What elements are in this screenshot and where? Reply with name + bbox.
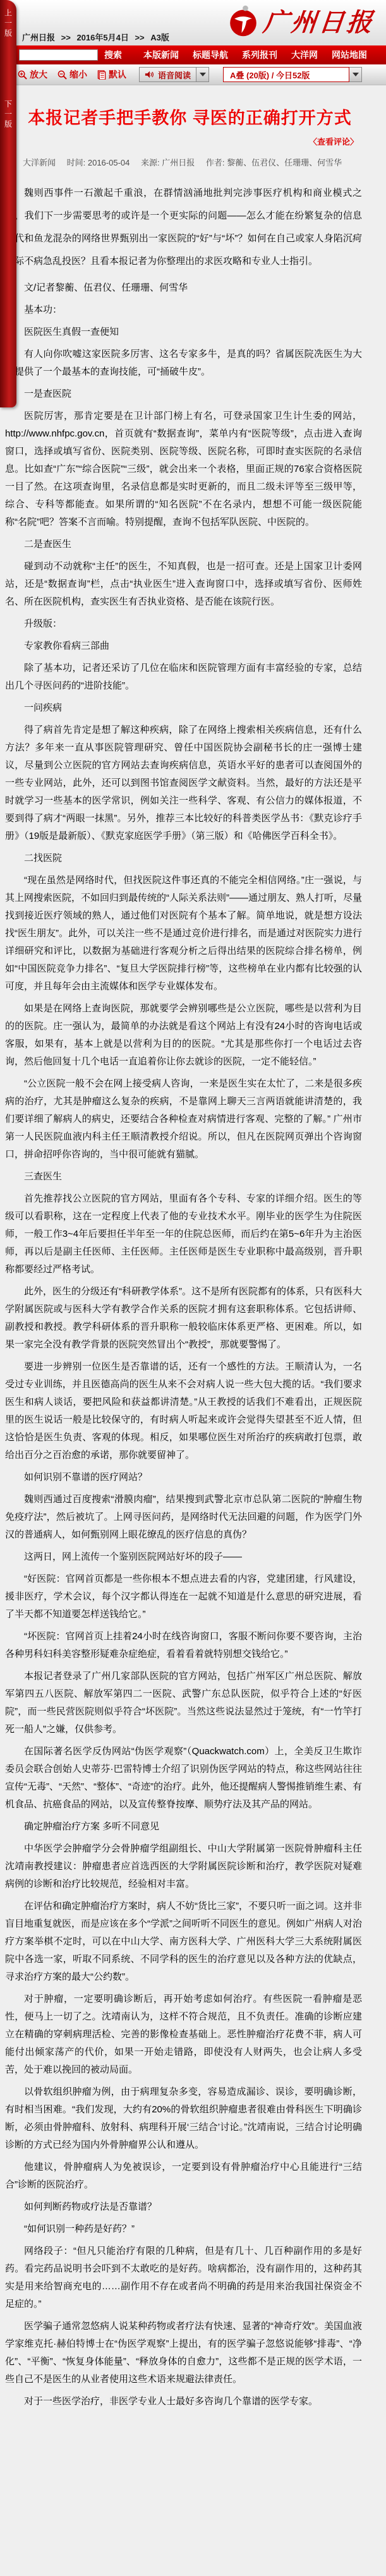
- paragraph: 有人向你吹嘘这家医院多厉害、这名专家多牛，是真的吗？省属医院冼医生为大家提供了一…: [5, 346, 362, 381]
- page-title: 本报记者手把手教你 寻医的正确打开方式: [18, 104, 362, 129]
- paragraph: 基本功：: [5, 301, 362, 319]
- magnifier-plus-icon: [18, 70, 27, 80]
- paragraph: 对于一些医学治疗，非医学专业人士最好多咨询几个靠谱的医学专家。: [5, 2393, 362, 2410]
- paragraph: 二找医院: [5, 850, 362, 867]
- paragraph: 二是查医生: [5, 536, 362, 553]
- paragraph: 在评估和确定肿瘤治疗方案时，病人不妨“货比三家”，不要只听一面之词。这并非盲目地…: [5, 1898, 362, 1986]
- paragraph: 本报记者登录了广州几家部队医院的官方网站，包括广州军区广州总医院、解放军第四五八…: [5, 1668, 362, 1738]
- paragraph: 中华医学会肿瘤学分会骨肿瘤学组副组长、中山大学附属第一医院骨肿瘤科主任沈靖南教授…: [5, 1840, 362, 1893]
- logo-text: 广州日报: [262, 3, 377, 39]
- breadcrumb-date[interactable]: 2016年5月4日: [76, 33, 128, 42]
- paragraph: 以骨软组织肿瘤为例，由于病理复杂多变，容易造成漏诊、误诊，要明确诊断，有时相当困…: [5, 2083, 362, 2154]
- voice-read-button[interactable]: 语音阅读: [139, 67, 196, 82]
- meta-agency: 大洋新闻: [23, 158, 56, 167]
- breadcrumb-home[interactable]: 广州日报: [22, 33, 55, 42]
- paragraph: 专家教你看病三部曲: [5, 637, 362, 655]
- zoom-in-label: 放大: [30, 68, 47, 81]
- paragraph: 医学骗子通常忽悠病人说某种药物或者疗法有快速、显著的“神奇疗效”。美国血液学家维…: [5, 2318, 362, 2388]
- paragraph: “如何识别一种药是好药？”: [5, 2220, 362, 2238]
- default-size-button[interactable]: 默认: [97, 68, 126, 81]
- paragraph: 如果是在网络上查询医院，那就要学会辨别哪些是公立医院，哪些是以营利为目的的医院。…: [5, 1000, 362, 1071]
- nav-item-series[interactable]: 系列报刊: [242, 49, 277, 61]
- paragraph: 一问疾病: [5, 699, 362, 717]
- logo-swirl-icon: [227, 4, 260, 37]
- meta-authors: 作者: 黎蘅、伍君仪、任珊珊、何雪华: [206, 158, 342, 167]
- paragraph: 这两日，网上流传一个鉴别医院网站好坏的段子——: [5, 1548, 362, 1566]
- paragraph: 得了病首先肯定是想了解这种疾病，除了在网络上搜索相关疾病信息，还有什么方法？多年…: [5, 721, 362, 845]
- edition-selected-value: A叠 (20版) / 今日52版: [223, 67, 349, 82]
- header: 广州日报 广州日报 >> 2016年5月4日 >> A3版: [0, 0, 386, 45]
- paragraph: 一是查医院: [5, 385, 362, 403]
- top-navbar: 搜索 本版新闻 标题导航 系列报刊 大洋网 网站地图: [0, 45, 386, 64]
- article: 本报记者手把手教你 寻医的正确打开方式 〈查看评论〉 大洋新闻 时间: 2016…: [0, 85, 386, 2430]
- paragraph: 三查医生: [5, 1168, 362, 1186]
- nav-item-dayoo[interactable]: 大洋网: [291, 49, 318, 61]
- nav-item-sitemap[interactable]: 网站地图: [332, 49, 367, 61]
- paragraph: 医院医生真假一查便知: [5, 323, 362, 341]
- breadcrumb-edition[interactable]: A3版: [150, 33, 169, 42]
- paragraph: 在国际著名医学反伪网站“伪医学观察”（Quackwatch.com）上，全美反卫…: [5, 1743, 362, 1814]
- chevron-down-icon: [353, 73, 359, 76]
- paragraph: 医院厉害，那肯定要是在卫计部门榜上有名，可登录国家卫生计生委的网站，http:/…: [5, 407, 362, 531]
- paragraph: 除了基本功，记者还采访了几位在临床和医院管理方面有丰富经验的专家，总结出几个寻医…: [5, 659, 362, 695]
- paragraph: “坏医院：官网首页上挂着24小时在线咨询窗口，客服不断问你要不要咨询，主治各种男…: [5, 1628, 362, 1663]
- voice-read-label: 语音阅读: [158, 69, 191, 81]
- chevron-down-icon: [200, 73, 206, 76]
- nav-item-headline-nav[interactable]: 标题导航: [193, 49, 228, 61]
- paragraph: 升级版：: [5, 615, 362, 633]
- voice-dropdown-button[interactable]: [196, 67, 209, 82]
- paragraph: 文/记者黎蘅、伍君仪、任珊珊、何雪华: [5, 279, 362, 297]
- paragraph: “现在虽然是网络时代，但找医院这件事还真的不能完全相信网络。”庄一强说，与其上网…: [5, 872, 362, 996]
- zoom-out-label: 缩小: [69, 68, 87, 81]
- paragraph: 如何识别不靠谱的医疗网站？: [5, 1469, 362, 1486]
- edition-selector[interactable]: A叠 (20版) / 今日52版: [223, 67, 362, 82]
- paragraph: “好医院：官网首页都是一些你根本不想点进去看的内容，党建团建，行风建设，援非医疗…: [5, 1570, 362, 1623]
- paragraph: 他建议，骨肿瘤病人为免被误诊，一定要到设有骨肿瘤治疗中心且能进行“三结合”诊断的…: [5, 2158, 362, 2194]
- breadcrumb: 广州日报 >> 2016年5月4日 >> A3版: [22, 31, 169, 43]
- article-body: 魏则西事件一石激起千重浪，在群情汹涌地批判完涉事医疗机构和商业模式之后，我们下一…: [5, 182, 362, 2410]
- sidebar-item-prev-page[interactable]: 上一版: [3, 9, 14, 39]
- paragraph: 碰到动不动就称“主任”的医生，不知真假，也是一招可查。还是上国家卫计委网站，还是…: [5, 558, 362, 611]
- breadcrumb-separator: >>: [61, 33, 71, 42]
- meta-time: 时间: 2016-05-04: [67, 158, 130, 167]
- left-nav-ribbon: 上一版 下一版: [0, 0, 16, 407]
- paragraph: 确定肿瘤治疗方案 多听不同意见: [5, 1818, 362, 1836]
- paragraph: 魏则西通过百度搜索“滑膜肉瘤”，结果搜到武警北京市总队第二医院的“肿瘤生物免疫疗…: [5, 1491, 362, 1544]
- speaker-icon: [145, 70, 155, 79]
- view-comments-link[interactable]: 〈查看评论〉: [5, 135, 358, 147]
- page: 上一版 下一版 广州日报 广州日报 >> 2016年5月4日 >> A3版 搜索…: [0, 0, 386, 2576]
- paragraph: 如何判断药物或疗法是否靠谱？: [5, 2198, 362, 2216]
- zoom-out-button[interactable]: 缩小: [57, 68, 87, 81]
- paragraph: 魏则西事件一石激起千重浪，在群情汹涌地批判完涉事医疗机构和商业模式之后，我们下一…: [5, 182, 362, 273]
- edition-dropdown-button[interactable]: [349, 67, 362, 82]
- search-button[interactable]: 搜索: [104, 49, 122, 61]
- paragraph: 此外，医生的分级还有“科研教学体系”。这不是所有医院都有的体系，只有医科大学附属…: [5, 1283, 362, 1354]
- search-input[interactable]: [19, 49, 98, 61]
- newspaper-logo: 广州日报: [227, 3, 375, 39]
- breadcrumb-separator: >>: [135, 33, 144, 42]
- paragraph: 首先推荐找公立医院的官方网站，里面有各个专科、专家的详细介绍。医生的等级可以看职…: [5, 1190, 362, 1279]
- meta-source: 来源: 广州日报: [141, 158, 195, 167]
- zoom-in-button[interactable]: 放大: [18, 68, 47, 81]
- toolbar: 放大 缩小 默认 语音: [0, 64, 386, 85]
- sidebar-item-next-page[interactable]: 下一版: [3, 100, 14, 130]
- paragraph: “公立医院一般不会在网上接受病人咨询，一来是医生实在太忙了，二来是很多疾病的治疗…: [5, 1075, 362, 1164]
- paragraph: 网络段子：“但凡只能治疗有限的几种病，但是有几十、几百种副作用的多是好药。看完药…: [5, 2242, 362, 2313]
- document-icon: [97, 70, 106, 80]
- paragraph: 对于肿瘤，一定要明确诊断后，再开始考虑如何治疗。有些医院一看肿瘤是恶性，便马上一…: [5, 1990, 362, 2079]
- magnifier-minus-icon: [57, 70, 67, 80]
- nav-item-local-news[interactable]: 本版新闻: [143, 49, 179, 61]
- default-size-label: 默认: [109, 68, 126, 81]
- article-meta: 大洋新闻 时间: 2016-05-04 来源: 广州日报 作者: 黎蘅、伍君仪、…: [5, 156, 362, 168]
- paragraph: 要进一步辨别一位医生是否靠谱的话，还有一个感性的方法。王顺清认为，一名受过专业训…: [5, 1358, 362, 1464]
